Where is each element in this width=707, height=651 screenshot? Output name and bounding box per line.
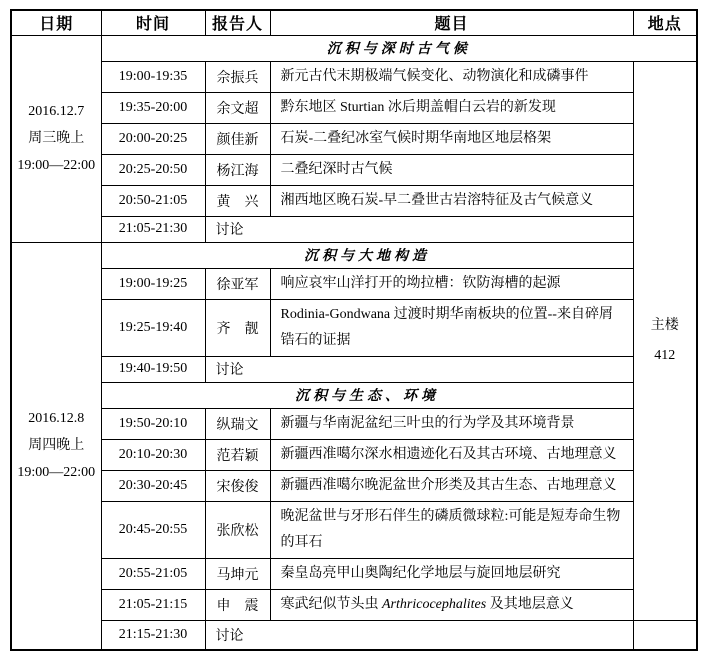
talk-title-genus-name: Arthricocephalites bbox=[382, 597, 486, 612]
talk-speaker: 马坤元 bbox=[205, 558, 270, 589]
talk-speaker: 张欣松 bbox=[205, 501, 270, 558]
talk-title-prefix: 寒武纪似节头虫 bbox=[281, 597, 383, 612]
col-header-date: 日期 bbox=[11, 10, 101, 35]
date-day1: 2016.12.7 bbox=[12, 98, 101, 125]
talk-title: 黔东地区 Sturtian 冰后期盖帽白云岩的新发现 bbox=[270, 92, 633, 123]
talk-row: 21:05-21:15 申 震 寒武纪似节头虫 Arthricocephalit… bbox=[11, 589, 697, 620]
talk-title: 秦皇岛亮甲山奥陶纪化学地层与旋回地层研究 bbox=[270, 558, 633, 589]
talk-time: 21:05-21:15 bbox=[101, 589, 205, 620]
talk-title: 二叠纪深时古气候 bbox=[270, 154, 633, 185]
section-row: 2016.12.8 周四晚上 19:00—22:00 沉积与大地构造 bbox=[11, 242, 697, 268]
location-cell-empty bbox=[633, 620, 697, 650]
talk-speaker: 范若颖 bbox=[205, 439, 270, 470]
talk-row: 20:25-20:50 杨江海 二叠纪深时古气候 bbox=[11, 154, 697, 185]
talk-row: 19:25-19:40 齐 靓 Rodinia-Gondwana 过渡时期华南板… bbox=[11, 299, 697, 356]
talk-time: 20:45-20:55 bbox=[101, 501, 205, 558]
page: 日期 时间 报告人 题目 地点 2016.12.7 周三晚上 19:00—22:… bbox=[0, 0, 707, 651]
hours-day1: 19:00—22:00 bbox=[12, 152, 101, 179]
discussion-label: 讨论 bbox=[205, 356, 633, 382]
talk-speaker: 颜佳新 bbox=[205, 123, 270, 154]
col-header-time: 时间 bbox=[101, 10, 205, 35]
col-header-title: 题目 bbox=[270, 10, 633, 35]
talk-title: 响应哀牢山洋打开的坳拉槽：钦防海槽的起源 bbox=[270, 268, 633, 299]
discussion-row: 19:40-19:50 讨论 bbox=[11, 356, 697, 382]
talk-row: 19:00-19:35 佘振兵 新元古代末期极端气候变化、动物演化和成磷事件 主… bbox=[11, 61, 697, 92]
talk-row: 19:50-20:10 纵瑞文 新疆与华南泥盆纪三叶虫的行为学及其环境背景 bbox=[11, 408, 697, 439]
header-row: 日期 时间 报告人 题目 地点 bbox=[11, 10, 697, 35]
talk-time: 20:55-21:05 bbox=[101, 558, 205, 589]
talk-row: 20:45-20:55 张欣松 晚泥盆世与牙形石伴生的磷质微球粒:可能是短寿命生… bbox=[11, 501, 697, 558]
discussion-time: 21:15-21:30 bbox=[101, 620, 205, 650]
discussion-time: 19:40-19:50 bbox=[101, 356, 205, 382]
talk-speaker: 黄 兴 bbox=[205, 185, 270, 216]
weekday-day1: 周三晚上 bbox=[12, 125, 101, 152]
talk-speaker: 杨江海 bbox=[205, 154, 270, 185]
talk-speaker: 申 震 bbox=[205, 589, 270, 620]
talk-time: 19:50-20:10 bbox=[101, 408, 205, 439]
talk-row: 20:30-20:45 宋俊俊 新疆西准噶尔晚泥盆世介形类及其古生态、古地理意义 bbox=[11, 470, 697, 501]
talk-row: 20:10-20:30 范若颖 新疆西准噶尔深水相遗迹化石及其古环境、古地理意义 bbox=[11, 439, 697, 470]
talk-title: 晚泥盆世与牙形石伴生的磷质微球粒:可能是短寿命生物的耳石 bbox=[270, 501, 633, 558]
discussion-label: 讨论 bbox=[205, 216, 633, 242]
talk-speaker: 余文超 bbox=[205, 92, 270, 123]
section-row: 沉积与生态、环境 bbox=[11, 382, 697, 408]
talk-speaker: 徐亚军 bbox=[205, 268, 270, 299]
talk-time: 20:10-20:30 bbox=[101, 439, 205, 470]
talk-title: 湘西地区晚石炭-早二叠世古岩溶特征及古气候意义 bbox=[270, 185, 633, 216]
talk-row: 20:50-21:05 黄 兴 湘西地区晚石炭-早二叠世古岩溶特征及古气候意义 bbox=[11, 185, 697, 216]
talk-title: 新疆西准噶尔深水相遗迹化石及其古环境、古地理意义 bbox=[270, 439, 633, 470]
location-room: 412 bbox=[634, 341, 697, 371]
talk-speaker: 宋俊俊 bbox=[205, 470, 270, 501]
section-title-tectonics: 沉积与大地构造 bbox=[101, 242, 633, 268]
talk-title: 石炭-二叠纪冰室气候时期华南地区地层格架 bbox=[270, 123, 633, 154]
talk-time: 19:25-19:40 bbox=[101, 299, 205, 356]
talk-title: 寒武纪似节头虫 Arthricocephalites 及其地层意义 bbox=[270, 589, 633, 620]
date-cell-day1: 2016.12.7 周三晚上 19:00—22:00 bbox=[11, 35, 101, 242]
talk-row: 19:00-19:25 徐亚军 响应哀牢山洋打开的坳拉槽：钦防海槽的起源 bbox=[11, 268, 697, 299]
talk-title: 新元古代末期极端气候变化、动物演化和成磷事件 bbox=[270, 61, 633, 92]
location-building: 主楼 bbox=[634, 311, 697, 341]
talk-speaker: 齐 靓 bbox=[205, 299, 270, 356]
talk-row: 20:00-20:25 颜佳新 石炭-二叠纪冰室气候时期华南地区地层格架 bbox=[11, 123, 697, 154]
talk-time: 19:00-19:35 bbox=[101, 61, 205, 92]
schedule-table: 日期 时间 报告人 题目 地点 2016.12.7 周三晚上 19:00—22:… bbox=[10, 9, 698, 651]
talk-time: 19:35-20:00 bbox=[101, 92, 205, 123]
talk-time: 20:00-20:25 bbox=[101, 123, 205, 154]
talk-title: 新疆与华南泥盆纪三叶虫的行为学及其环境背景 bbox=[270, 408, 633, 439]
section-title-paleoclimate: 沉积与深时古气候 bbox=[101, 35, 697, 61]
talk-time: 19:00-19:25 bbox=[101, 268, 205, 299]
talk-row: 20:55-21:05 马坤元 秦皇岛亮甲山奥陶纪化学地层与旋回地层研究 bbox=[11, 558, 697, 589]
section-title-ecology-environment: 沉积与生态、环境 bbox=[101, 382, 633, 408]
discussion-label: 讨论 bbox=[205, 620, 633, 650]
col-header-location: 地点 bbox=[633, 10, 697, 35]
section-row: 2016.12.7 周三晚上 19:00—22:00 沉积与深时古气候 bbox=[11, 35, 697, 61]
discussion-row: 21:05-21:30 讨论 bbox=[11, 216, 697, 242]
talk-time: 20:50-21:05 bbox=[101, 185, 205, 216]
talk-title: Rodinia-Gondwana 过渡时期华南板块的位置--来自碎屑锆石的证据 bbox=[270, 299, 633, 356]
hours-day2: 19:00—22:00 bbox=[12, 459, 101, 486]
talk-time: 20:30-20:45 bbox=[101, 470, 205, 501]
discussion-row: 21:15-21:30 讨论 bbox=[11, 620, 697, 650]
talk-time: 20:25-20:50 bbox=[101, 154, 205, 185]
location-cell: 主楼 412 bbox=[633, 61, 697, 620]
date-day2: 2016.12.8 bbox=[12, 405, 101, 432]
talk-title-suffix: 及其地层意义 bbox=[486, 597, 574, 612]
talk-speaker: 佘振兵 bbox=[205, 61, 270, 92]
weekday-day2: 周四晚上 bbox=[12, 432, 101, 459]
col-header-speaker: 报告人 bbox=[205, 10, 270, 35]
talk-row: 19:35-20:00 余文超 黔东地区 Sturtian 冰后期盖帽白云岩的新… bbox=[11, 92, 697, 123]
date-cell-day2: 2016.12.8 周四晚上 19:00—22:00 bbox=[11, 242, 101, 650]
talk-title: 新疆西准噶尔晚泥盆世介形类及其古生态、古地理意义 bbox=[270, 470, 633, 501]
discussion-time: 21:05-21:30 bbox=[101, 216, 205, 242]
talk-speaker: 纵瑞文 bbox=[205, 408, 270, 439]
